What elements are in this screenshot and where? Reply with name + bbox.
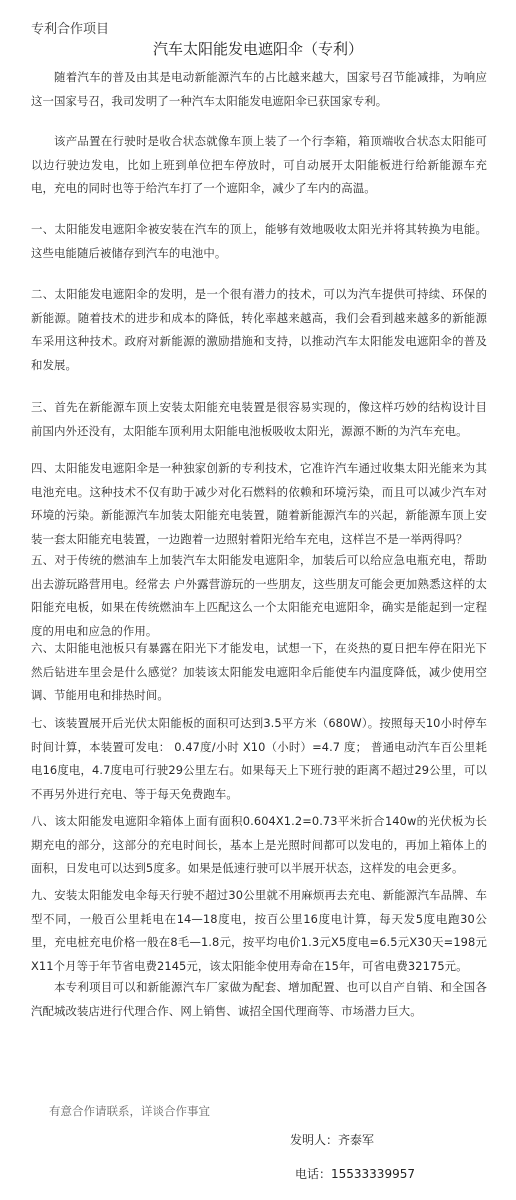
point-9-paragraph: 九、安装太阳能发电伞每天行驶不超过30公里就不用麻烦再去充电、新能源汽车品牌、车… bbox=[31, 884, 487, 978]
point-4-paragraph: 四、太阳能发电遮阳伞是一种独家创新的专利技术，它准许汽车通过收集太阳光能来为其电… bbox=[31, 457, 487, 551]
document-header: 专利合作项目 bbox=[31, 18, 109, 37]
phone-number: 电话：15533339957 bbox=[295, 1165, 415, 1182]
point-2-paragraph: 二、太阳能发电遮阳伞的发明，是一个很有潜力的技术，可以为汽车提供可持续、环保的新… bbox=[31, 283, 487, 377]
point-8-paragraph: 八、该太阳能发电遮阳伞箱体上面有面积0.604X1.2=0.73平米折合140w… bbox=[31, 810, 487, 881]
point-3-paragraph: 三、首先在新能源车顶上安装太阳能充电装置是很容易实现的，像这样巧妙的结构设计目前… bbox=[31, 396, 487, 443]
point-1-paragraph: 一、太阳能发电遮阳伞被安装在汽车的顶上，能够有效地吸收太阳光并将其转换为电能。这… bbox=[31, 218, 487, 265]
point-6-paragraph: 六、太阳能电池板只有暴露在阳光下才能发电，试想一下，在炎热的夏日把车停在阳光下然… bbox=[31, 637, 487, 708]
intro-paragraph: 随着汽车的普及由其是电动新能源汽车的占比越来越大，国家号召节能减排，为响应这一国… bbox=[31, 66, 487, 113]
contact-note: 有意合作请联系，详谈合作事宜 bbox=[49, 1103, 210, 1119]
closing-paragraph: 本专利项目可以和新能源汽车厂家做为配套、增加配置、也可以自产自销、和全国各汽配城… bbox=[31, 976, 487, 1023]
product-description-paragraph: 该产品置在行驶时是收合状态就像车顶上装了一个行李箱，箱顶端收合状态太阳能可以边行… bbox=[31, 130, 487, 201]
point-7-paragraph: 七、该装置展开后光伏太阳能板的面积可达到3.5平方米（680W）。按照每天10小… bbox=[31, 712, 487, 806]
point-5-paragraph: 五、对于传统的燃油车上加装汽车太阳能发电遮阳伞，加装后可以给应急电瓶充电，帮助出… bbox=[31, 549, 487, 643]
document-title: 汽车太阳能发电遮阳伞（专利） bbox=[0, 38, 516, 59]
inventor-name: 发明人：齐泰军 bbox=[290, 1131, 374, 1148]
